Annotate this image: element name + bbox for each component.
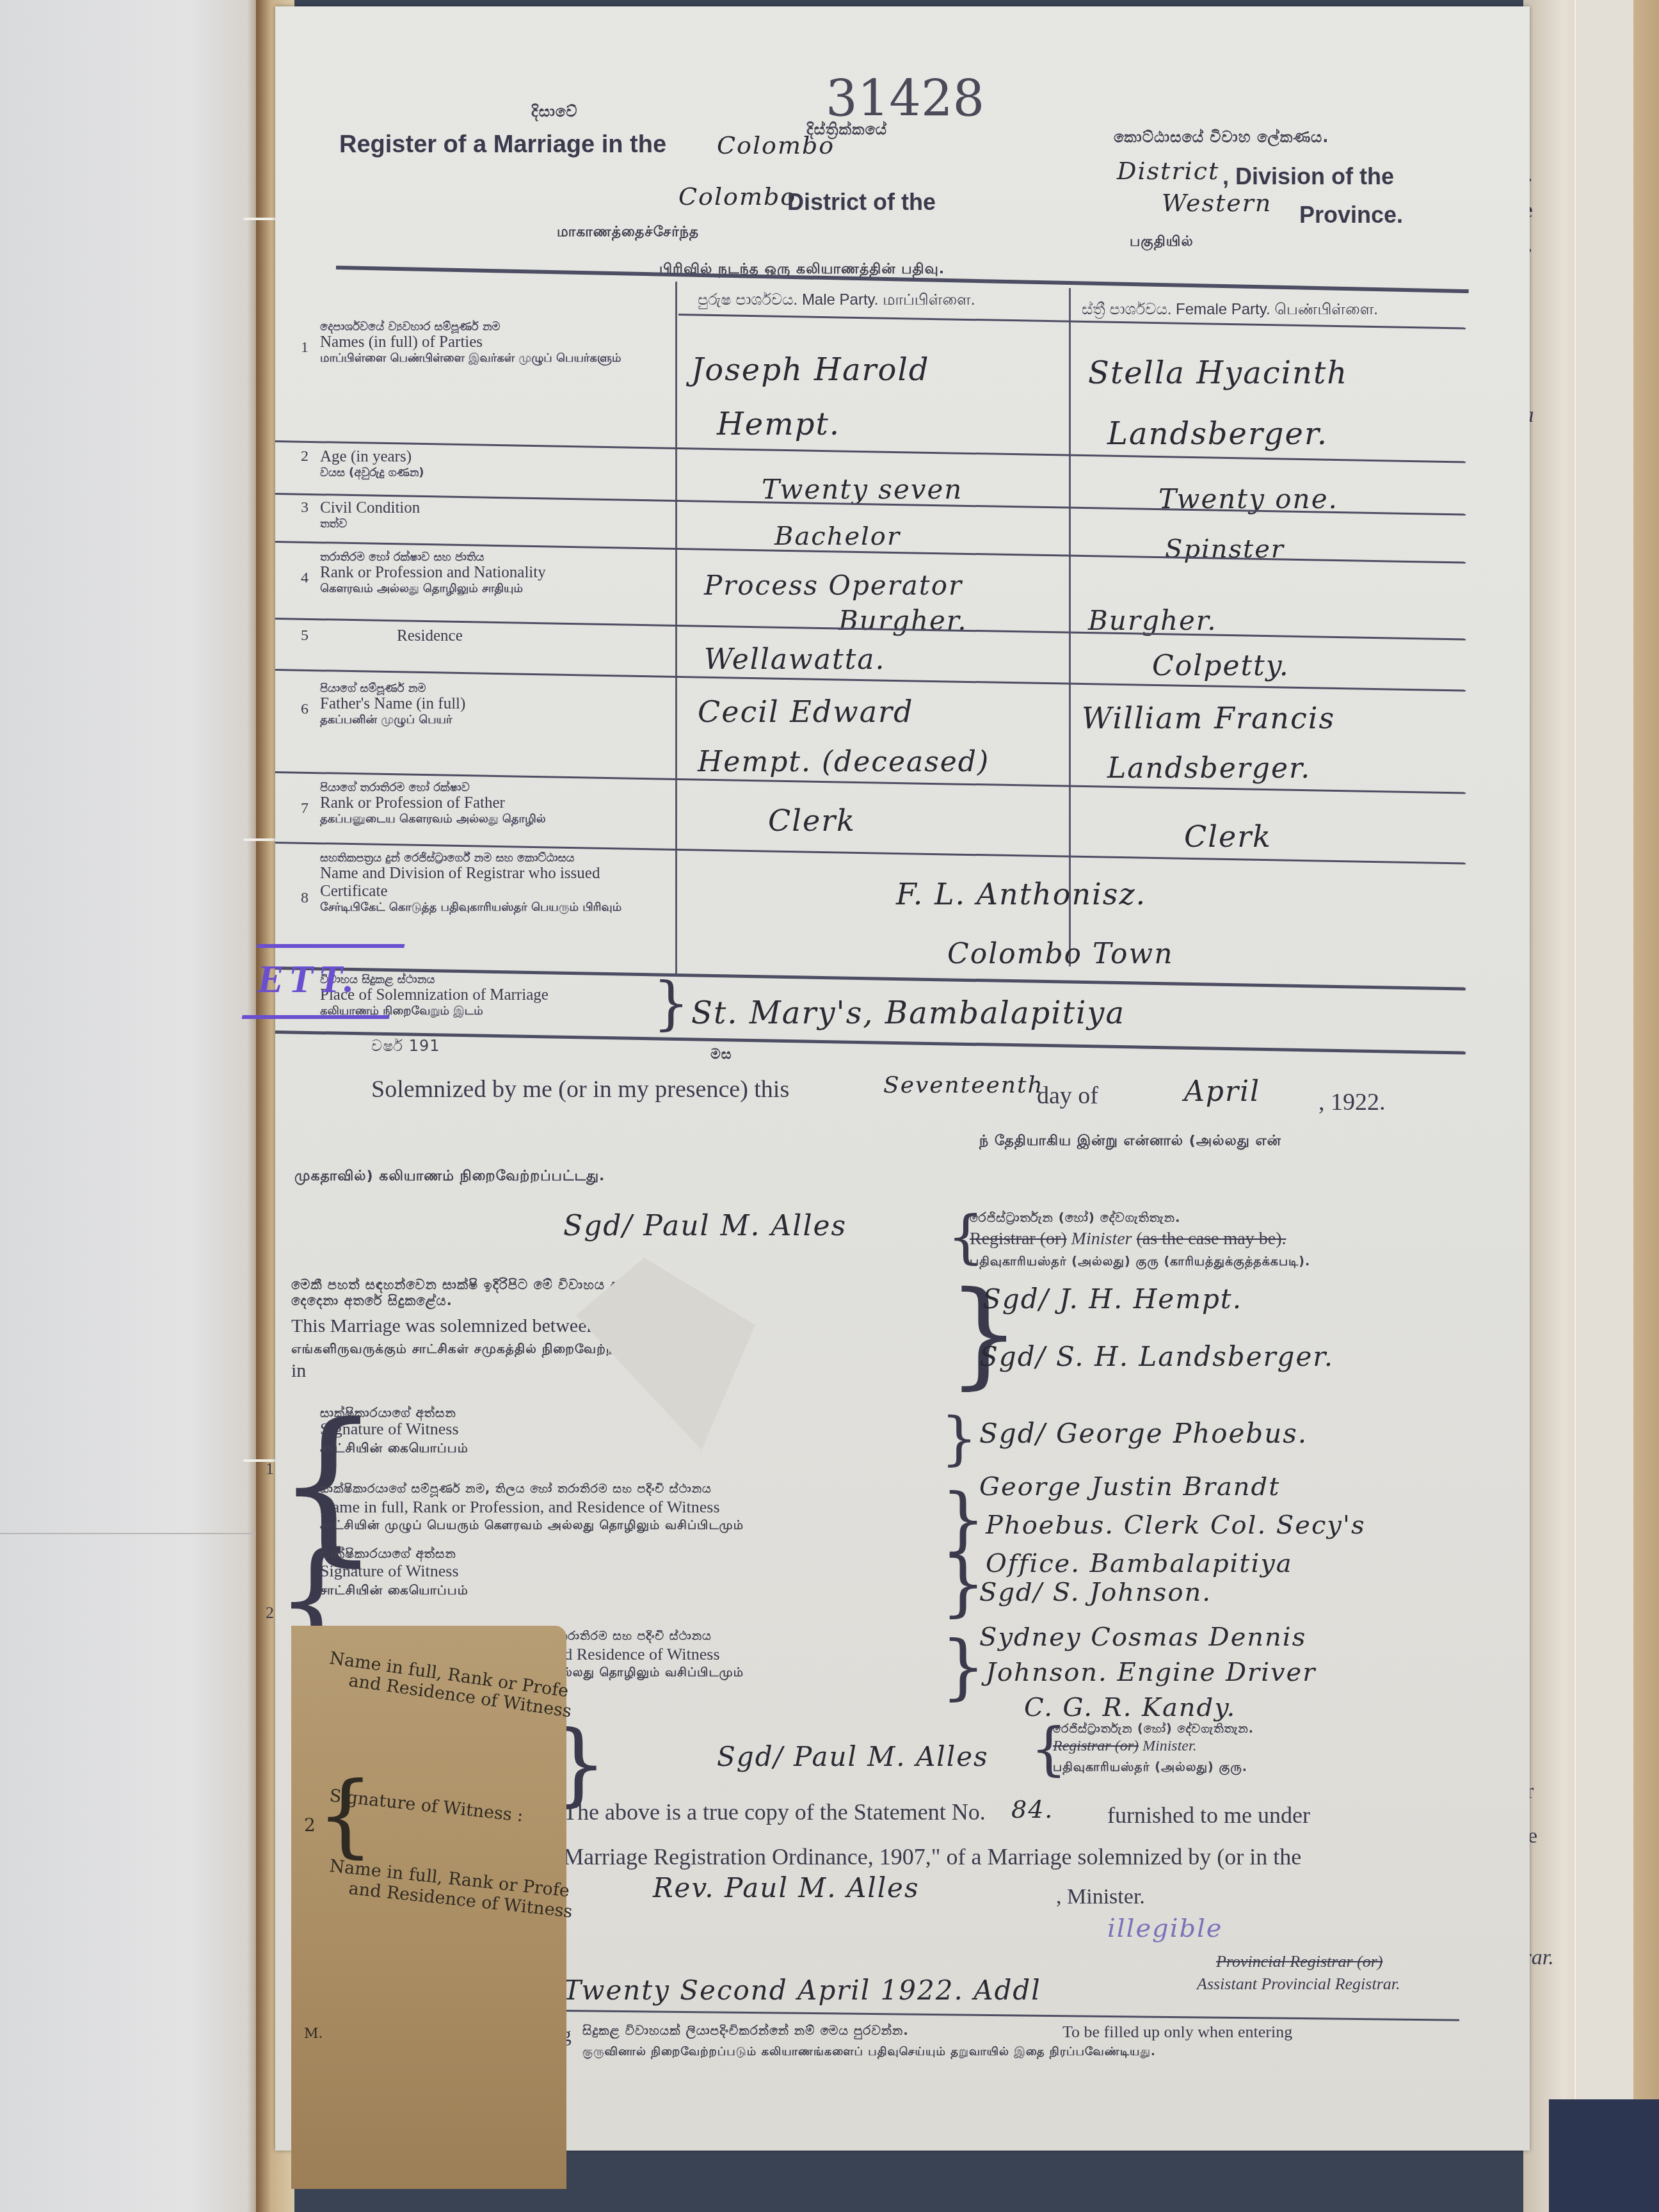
row-number: 8: [301, 890, 309, 907]
male-name-line2: Hempt.: [717, 406, 840, 442]
witness-2-signature-label: Signature of Witness: [320, 1562, 459, 1581]
row-label-sinhala: පියාගේ තරාතිරම හෝ රක්ෂාව: [320, 781, 666, 794]
row-label-english: Name and Division of Registrar who issue…: [320, 865, 666, 901]
female-residence: Colpetty.: [1152, 650, 1290, 682]
struck-registrar: Registrar (or): [1053, 1738, 1139, 1754]
second-minister-signature: Sgd/ Paul M. Alles: [717, 1741, 989, 1772]
row-label-english: Names (in full) of Parties: [320, 333, 666, 351]
second-minister-role-sinhala: රෙජිස්ට්‍රාර්තැන (හෝ) දේවගැතිතැන.: [1053, 1722, 1254, 1736]
brace: }: [653, 970, 689, 1037]
row-number: 7: [301, 800, 309, 817]
day-of-label: day of: [1037, 1082, 1098, 1110]
registrar-signature: illegible: [1107, 1914, 1223, 1943]
minister-signature: Sgd/ Paul M. Alles: [563, 1210, 847, 1242]
female-name-line1: Stella Hyacinth: [1088, 355, 1348, 391]
witness-1-details-label: Name in full, Rank or Profession, and Re…: [320, 1498, 720, 1517]
row-label-sinhala: තරාතිරම හෝ රක්ෂාව සහ ජාතිය: [320, 550, 666, 564]
parties-statement-english: This Marriage was solemnized between us: [291, 1315, 618, 1337]
column-divider: [1069, 288, 1071, 966]
header-title: Register of a Marriage in the: [339, 131, 666, 159]
row-label-sinhala: තත්ව: [320, 517, 666, 531]
witness-1-details-line1: George Justin Brandt: [979, 1472, 1280, 1502]
row-label-tamil: தகப்பனின் முழுப் பெயர்: [320, 713, 666, 728]
header-province-label: Province.: [1299, 202, 1403, 228]
row-number: 2: [301, 448, 309, 465]
row-label-english: Father's Name (in full): [320, 695, 666, 713]
header-sinhala-prefix: දිසාවේ: [531, 102, 577, 120]
solemnized-year: , 1922.: [1318, 1088, 1386, 1116]
female-name-line2: Landsberger.: [1107, 416, 1328, 452]
registrar-name: F. L. Anthonisz.: [896, 877, 1146, 911]
female-party-header: ස්ත්‍රී පාර්ශවය. Female Party. பெண்பிள்ள…: [1082, 301, 1378, 320]
header-sinhala-register: කොට්ඨාසයේ විවාහ ලේකණය.: [1114, 128, 1329, 146]
male-father-name-line1: Cecil Edward: [698, 694, 914, 729]
header-province-filled: Western: [1162, 189, 1272, 217]
row-label-english: Rank or Profession of Father: [320, 794, 666, 812]
solemnized-month: April: [1184, 1075, 1260, 1108]
header-tamil-1: மாகாணத்தைச்சேர்ந்த: [557, 224, 699, 242]
witness-1-signature: Sgd/ George Phoebus.: [979, 1418, 1308, 1449]
row-number: 6: [301, 701, 309, 718]
witness-1-details-line2: Phoebus. Clerk Col. Secy's: [986, 1511, 1365, 1540]
header-division-prefix-filled: District: [1117, 157, 1219, 185]
witness-1-signature-tamil: சாட்சியின் கையொப்பம்: [320, 1440, 469, 1457]
place-of-solemnization-value: St. Mary's, Bambalapitiya: [691, 995, 1125, 1031]
registrar-division: Colombo Town: [947, 938, 1174, 970]
female-nationality: Burgher.: [1088, 605, 1217, 636]
male-party-header: පුරුෂ පාර්ශවය. Male Party. மாப்பிள்ளை.: [698, 291, 975, 310]
page-crease: [0, 1533, 269, 1534]
row-age-label: 2 Age (in years) වයස (අවුරුදු ගණන): [320, 448, 666, 479]
second-minister-role-english: Registrar (or) Minister.: [1053, 1738, 1197, 1755]
header-district-label: District of the: [787, 189, 936, 216]
witness-2-signature-tamil: சாட்சியின் கையொப்பம்: [320, 1582, 469, 1599]
background-surface: [1549, 2099, 1659, 2212]
witness-1-details-sinhala: සාක්ෂිකාරයාගේ සම්පූර්ණ නම, තිලය හෝ තරාති…: [320, 1482, 712, 1496]
column-divider: [675, 282, 677, 976]
male-civil-condition: Bachelor: [774, 522, 901, 551]
solemnized-text: Solemnized by me (or in my presence) thi…: [371, 1075, 789, 1103]
row-number: 3: [301, 499, 309, 517]
witness-1-signature-label: Signature of Witness: [320, 1420, 459, 1439]
brace: }: [941, 1405, 977, 1472]
row-names-label: 1 දෙපාර්ශවයේ ව්‍යවහාර සම්පූර්ණ නම Names …: [320, 320, 666, 366]
footer-rule: [563, 2010, 1459, 2021]
witness-2-index: 2: [266, 1603, 274, 1623]
row-label-tamil: மாப்பிள்ளை பெண்பிள்ளை இவர்கள் முழுப் பெய…: [320, 351, 666, 366]
row-label-english: Age (in years): [320, 448, 666, 466]
row-label-english: Civil Condition: [320, 499, 666, 517]
male-father-profession: Clerk: [768, 803, 856, 838]
row-father-name-label: 6 පියාගේ සම්පූර්ණ නම Father's Name (in f…: [320, 682, 666, 728]
header-district-filled: Colombo: [678, 182, 796, 211]
footer-tamil: குருவினால் நிறைவேற்றப்படும் கலியாணங்களைப…: [582, 2045, 1156, 2060]
minister-role-sinhala: රෙජිස්ට්‍රාර්තැන (හෝ) දේවගැතිතැන.: [970, 1210, 1181, 1225]
row-rule: [275, 1030, 1466, 1054]
struck-provincial-registrar: Provincial Registrar (or): [1216, 1952, 1382, 1971]
row-number: 4: [301, 570, 309, 587]
row-label-english: Residence: [320, 627, 666, 645]
groom-signature: Sgd/ J. H. Hempt.: [982, 1283, 1242, 1315]
witness-2-signature: Sgd/ S. Johnson.: [979, 1578, 1212, 1607]
row-father-profession-label: 7 පියාගේ තරාතිරම හෝ රක්ෂාව Rank or Profe…: [320, 781, 666, 827]
female-father-name-line1: William Francis: [1082, 701, 1335, 735]
row-number: 1: [301, 339, 309, 357]
witness-1-index: 1: [266, 1459, 274, 1479]
row-number: 5: [301, 627, 309, 645]
male-age: Twenty seven: [762, 474, 963, 505]
male-nationality: Burgher.: [838, 605, 968, 636]
second-minister-role-tamil: பதிவுகாரியஸ்தர் (அல்லது) குரு.: [1053, 1760, 1247, 1776]
row-label-sinhala: සහතිකපත්‍රය දුන් රෙජිස්ට්‍රාර්ගේ නම සහ ක…: [320, 851, 666, 865]
violet-stamp-text: ETT.: [257, 957, 359, 1002]
witness-2-signature-sinhala: සාක්ෂිකාරයාගේ අත්සන: [320, 1546, 456, 1561]
row-label-english: Rank or Profession and Nationality: [320, 564, 666, 582]
female-father-name-line2: Landsberger.: [1107, 752, 1311, 785]
slip-footer-letter: M.: [304, 2026, 323, 2042]
certification-line-2: Marriage Registration Ordinance, 1907," …: [563, 1843, 1301, 1870]
left-facing-page: [0, 0, 269, 2212]
certification-minister-suffix: , Minister.: [1056, 1885, 1145, 1909]
year-prefix-sinhala: වර්ෂ 191: [371, 1037, 440, 1055]
witness-1-details-line3: Office. Bambalapitiya: [986, 1549, 1293, 1578]
struck-registrar: Registrar (or): [970, 1229, 1067, 1249]
certification-date: Twenty Second April 1922. Addl: [563, 1975, 1041, 2006]
minister-role: Minister.: [1142, 1738, 1197, 1754]
row-label-sinhala: වයස (අවුරුදු ගණන): [320, 466, 666, 479]
male-residence: Wellawatta.: [704, 643, 886, 676]
torn-page-strip: [1575, 0, 1633, 2112]
parties-statement-in: in: [291, 1360, 306, 1382]
slip-index: 2: [304, 1815, 316, 1836]
header-division-filled: Colombo: [717, 131, 835, 159]
solemnized-tamil-1: ந் தேதியாகிய இன்று என்னால் (அல்லது என்: [979, 1133, 1281, 1151]
header-division-label: , Division of the: [1222, 163, 1394, 190]
header-tamil-2: பகுதியில்: [1130, 234, 1194, 252]
overlay-paper-slip: Name in full, Rank or Profe and Residenc…: [291, 1626, 566, 2189]
male-profession: Process Operator: [704, 570, 963, 601]
row-label-tamil: சேர்டிபிகேட் கொடுத்த பதிவுகாரியஸ்தர் பெய…: [320, 901, 666, 915]
row-label-sinhala: පියාගේ සම්පූර්ණ නම: [320, 682, 666, 695]
witness-1-signature-sinhala: සාක්ෂිකාරයාගේ අත්සන: [320, 1405, 456, 1420]
row-residence-label: 5 Residence: [320, 627, 666, 645]
row-label-sinhala: දෙපාර්ශවයේ ව්‍යවහාර සම්පූර්ණ නම: [320, 320, 666, 333]
footer-english: To be filled up only when entering: [1062, 2023, 1292, 2042]
row-label-tamil: கௌரவம் அல்லது தொழிலும் சாதியும்: [320, 582, 666, 597]
male-father-name-line2: Hempt. (deceased): [698, 746, 990, 778]
bride-signature: Sgd/ S. H. Landsberger.: [979, 1341, 1334, 1372]
minister-role-kept: Minister: [1071, 1229, 1132, 1249]
statement-number: 84.: [1011, 1795, 1054, 1823]
certification-line-1-suffix: furnished to me under: [1107, 1802, 1310, 1829]
slip-brace: {: [317, 1763, 374, 1868]
footer-sinhala: සිදුකළ විවාහයක් ලියාපදිංචිකරන්නේ නම් මෙය…: [582, 2023, 909, 2038]
certification-minister: Rev. Paul M. Alles: [653, 1872, 919, 1903]
row-profession-label: 4 තරාතිරම හෝ රක්ෂාව සහ ජාතිය Rank or Pro…: [320, 550, 666, 597]
male-name-line1: Joseph Harold: [691, 352, 929, 388]
struck-case: (as the case may be).: [1137, 1229, 1286, 1249]
minister-role-tamil: பதிவுகாரியஸ்தர் (அல்லது) குரு (காரியத்து…: [970, 1254, 1310, 1270]
witness-2-details-line2: Johnson. Engine Driver: [986, 1658, 1316, 1687]
solemnized-tamil-2: முகதாவில்) கலியாணம் நிறைவேற்றப்பட்டது.: [294, 1168, 605, 1186]
minister-role-english: Registrar (or) Minister (as the case may…: [970, 1229, 1286, 1249]
female-father-profession: Clerk: [1184, 819, 1272, 854]
solemnized-day: Seventeenth: [883, 1072, 1044, 1098]
row-registrar-label: 8 සහතිකපත්‍රය දුන් රෙජිස්ට්‍රාර්ගේ නම සහ…: [320, 851, 666, 915]
certification-line-1: The above is a true copy of the Statemen…: [563, 1799, 986, 1825]
month-sinhala: මස: [710, 1046, 732, 1062]
register-number: 31428: [826, 70, 984, 128]
witness-1-details-tamil: சாட்சியின் முழுப் பெயரும் கௌரவம் அல்லது …: [320, 1518, 744, 1534]
row-civil-condition-label: 3 Civil Condition තත්ව: [320, 499, 666, 531]
assistant-provincial-registrar-label: Assistant Provincial Registrar.: [1197, 1975, 1400, 1994]
row-label-tamil: தகப்பனுடைய கௌரவம் அல்லது தொழில்: [320, 812, 666, 827]
witness-2-details-line1: Sydney Cosmas Dennis: [979, 1623, 1306, 1652]
